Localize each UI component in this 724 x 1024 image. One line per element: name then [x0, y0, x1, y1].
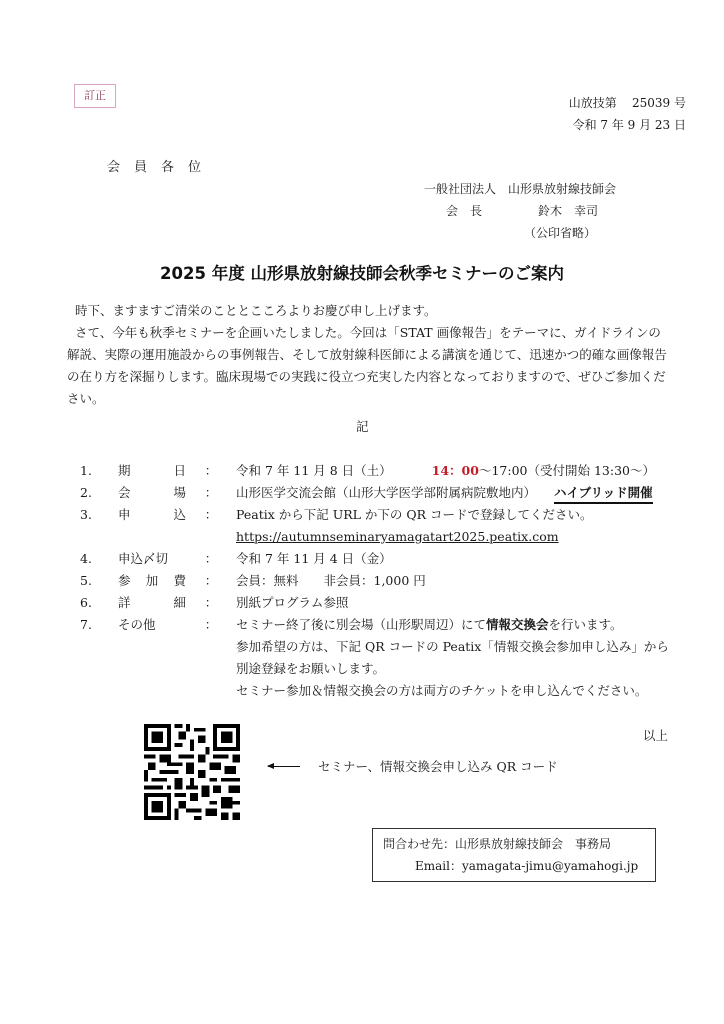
item-label: 申込〆切: [118, 548, 186, 570]
sender-organization: 一般社団法人 山形県放射線技師会: [424, 178, 616, 200]
spacer: [186, 636, 236, 658]
contact-box: 問合わせ先：山形県放射線技師会 事務局 Email：yamagata-jimu@…: [372, 828, 656, 882]
colon: ：: [186, 460, 236, 482]
document-number: 山放技第 25039 号: [569, 92, 686, 114]
sender-name: 鈴木 幸司: [538, 200, 598, 222]
addressee: 会員各位: [107, 156, 215, 175]
venue-value: 山形医学交流会館（山形大学医学部附属病院敷地内）: [236, 485, 536, 500]
spacer: [186, 680, 236, 702]
start-time: 14：00: [432, 463, 479, 478]
label-char: 細: [173, 592, 186, 614]
seal-note: （公印省略）: [424, 222, 616, 244]
page-title: 2025 年度 山形県放射線技師会秋季セミナーのご案内: [0, 260, 724, 284]
label-char: 会: [118, 482, 131, 504]
label-char: 参: [118, 570, 131, 592]
colon: ：: [186, 592, 236, 614]
body-text: 時下、ますますご清栄のこととこころよりお慶び申し上げます。 さて、今年も秋季セミ…: [67, 300, 667, 410]
item-number: 3.: [80, 504, 118, 526]
doc-number: 25039: [632, 96, 670, 110]
item-number: 5.: [80, 570, 118, 592]
label-char: 費: [173, 570, 186, 592]
doc-number-suffix: 号: [674, 96, 686, 110]
colon: ：: [186, 504, 236, 526]
colon: ：: [186, 482, 236, 504]
item-number: 2.: [80, 482, 118, 504]
item-label: 参加費: [118, 570, 186, 592]
list-item-deadline: 4. 申込〆切 ： 令和 7 年 11 月 4 日（金）: [80, 548, 669, 570]
document-date: 令和 7 年 9 月 23 日: [569, 114, 686, 136]
item-value: 令和 7 年 11 月 4 日（金）: [236, 548, 392, 570]
item-value: 会員：無料 非会員：1,000 円: [236, 570, 426, 592]
item-number: 4.: [80, 548, 118, 570]
item-value: 山形医学交流会館（山形大学医学部附属病院敷地内）ハイブリッド開催: [236, 482, 653, 504]
spacer: [118, 526, 186, 548]
other-text: を行います。: [549, 617, 623, 632]
sender-block: 一般社団法人 山形県放射線技師会 会 長 鈴木 幸司 （公印省略）: [424, 178, 616, 244]
item-number: 7.: [80, 614, 118, 636]
email-label: Email：: [415, 859, 462, 873]
hybrid-badge: ハイブリッド開催: [554, 484, 653, 504]
correction-stamp: 訂正: [74, 84, 116, 108]
spacer: [118, 680, 186, 702]
item-label: 期日: [118, 460, 186, 482]
item-label: 詳細: [118, 592, 186, 614]
list-item-venue: 2. 会場 ： 山形医学交流会館（山形大学医学部附属病院敷地内）ハイブリッド開催: [80, 482, 669, 504]
time-rest: ～17:00（受付開始 13:30～）: [479, 463, 655, 478]
spacer: [186, 658, 236, 680]
sender-title: 会 長: [424, 200, 538, 222]
item-number: 1.: [80, 460, 118, 482]
spacer: [80, 658, 118, 680]
item-label: その他: [118, 614, 186, 636]
item-value: 参加希望の方は、下記 QR コードの Peatix「情報交換会参加申し込み」から: [236, 636, 669, 658]
item-value: 令和 7 年 11 月 8 日（土）14：00～17:00（受付開始 13:30…: [236, 460, 655, 482]
contact-email-row: Email：yamagata-jimu@yamahogi.jp: [383, 855, 655, 877]
date-value: 令和 7 年 11 月 8 日（土）: [236, 463, 392, 478]
other-text: セミナー終了後に別会場（山形駅周辺）にて: [236, 617, 486, 632]
item-label: 会場: [118, 482, 186, 504]
spacer: [118, 658, 186, 680]
networking-event-label: 情報交換会: [486, 617, 549, 632]
spacer: [118, 636, 186, 658]
item-label: 申込: [118, 504, 186, 526]
qr-code-icon: [144, 724, 240, 820]
spacer: [80, 680, 118, 702]
greeting-paragraph: 時下、ますますご清栄のこととこころよりお慶び申し上げます。: [67, 300, 667, 322]
label-char: 日: [173, 460, 186, 482]
registration-url-link[interactable]: https://autumnseminaryamagatart2025.peat…: [236, 526, 559, 548]
spacer: [186, 526, 236, 548]
issuer-code: 山放技第: [569, 96, 617, 110]
spacer: [80, 526, 118, 548]
spacer: [80, 636, 118, 658]
list-item-other: 7. その他 ： セミナー終了後に別会場（山形駅周辺）にて情報交換会を行います。: [80, 614, 669, 636]
label-char: 申: [118, 504, 131, 526]
item-value: 別紙プログラム参照: [236, 592, 348, 614]
item-number: 6.: [80, 592, 118, 614]
qr-caption: セミナー、情報交換会申し込み QR コード: [318, 757, 558, 775]
list-item-other-line3: 別途登録をお願いします。: [80, 658, 669, 680]
list-item-registration: 3. 申込 ： Peatix から下記 URL か下の QR コードで登録してく…: [80, 504, 669, 526]
label-char: 場: [173, 482, 186, 504]
qr-caption-row: セミナー、情報交換会申し込み QR コード: [268, 757, 558, 775]
details-list: 1. 期日 ： 令和 7 年 11 月 8 日（土）14：00～17:00（受付…: [80, 460, 669, 702]
label-char: 詳: [118, 592, 131, 614]
intro-paragraph: さて、今年も秋季セミナーを企画いたしました。今回は「STAT 画像報告」をテーマ…: [67, 322, 667, 410]
label-char: 期: [118, 460, 131, 482]
item-value: Peatix から下記 URL か下の QR コードで登録してください。: [236, 504, 593, 526]
label-char: 込: [173, 504, 186, 526]
item-value: セミナー終了後に別会場（山形駅周辺）にて情報交換会を行います。: [236, 614, 623, 636]
list-item-details: 6. 詳細 ： 別紙プログラム参照: [80, 592, 669, 614]
label-char: 加: [146, 570, 159, 592]
list-item-other-line4: セミナー参加＆情報交換会の方は両方のチケットを申し込んでください。: [80, 680, 669, 702]
colon: ：: [186, 570, 236, 592]
list-item-other-line2: 参加希望の方は、下記 QR コードの Peatix「情報交換会参加申し込み」から: [80, 636, 669, 658]
closing-ijou: 以上: [643, 726, 668, 744]
ki-heading: 記: [356, 417, 369, 435]
list-item-url: https://autumnseminaryamagatart2025.peat…: [80, 526, 669, 548]
contact-line: 問合わせ先：山形県放射線技師会 事務局: [383, 833, 655, 855]
list-item-fee: 5. 参加費 ： 会員：無料 非会員：1,000 円: [80, 570, 669, 592]
item-value: セミナー参加＆情報交換会の方は両方のチケットを申し込んでください。: [236, 680, 647, 702]
left-arrow-icon: [268, 766, 300, 767]
colon: ：: [186, 548, 236, 570]
label-text: その他: [118, 614, 156, 636]
item-value: 別途登録をお願いします。: [236, 658, 385, 680]
qr-code[interactable]: [144, 724, 240, 820]
colon: ：: [186, 614, 236, 636]
list-item-date: 1. 期日 ： 令和 7 年 11 月 8 日（土）14：00～17:00（受付…: [80, 460, 669, 482]
email-link[interactable]: yamagata-jimu@yamahogi.jp: [462, 859, 638, 873]
document-number-block: 山放技第 25039 号 令和 7 年 9 月 23 日: [569, 92, 686, 136]
label-text: 申込〆切: [118, 548, 168, 570]
